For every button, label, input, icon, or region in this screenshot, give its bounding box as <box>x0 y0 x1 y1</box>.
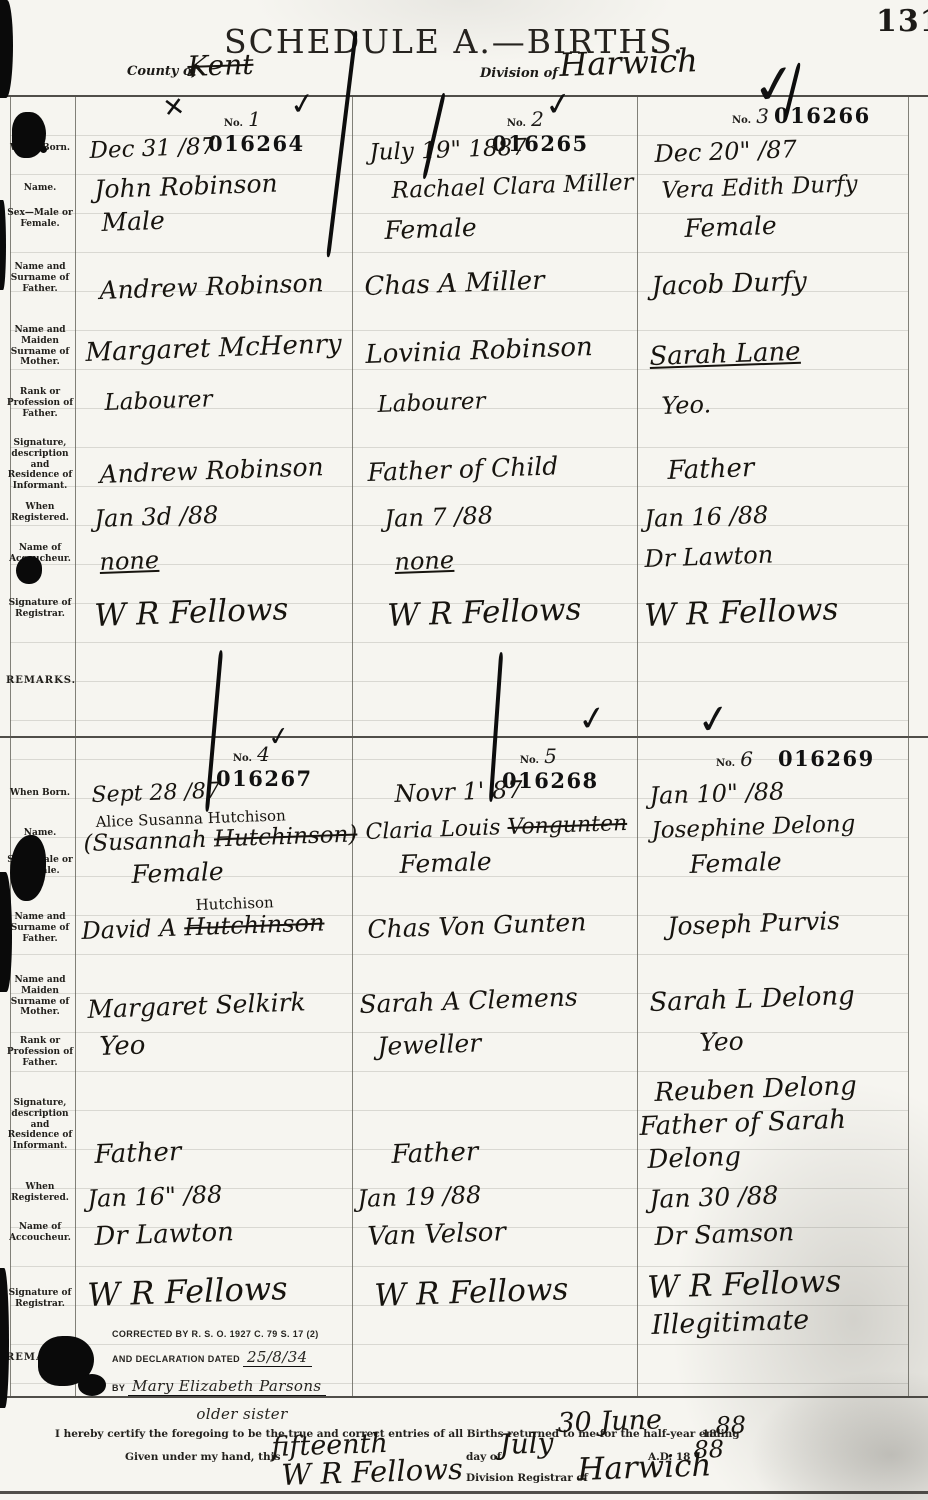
checkmark-icon: ✓ <box>288 88 317 121</box>
cell-registered: Jan 3d /88 <box>94 501 219 533</box>
cross-mark-icon: ✕ <box>161 94 186 123</box>
row-label: Rank or Profession of Father. <box>6 387 74 419</box>
cell-name: John Robinson <box>94 169 278 204</box>
no-label: No. <box>507 118 526 129</box>
cell-father: Andrew Robinson <box>99 268 324 305</box>
stamp-line3: BY Mary Elizabeth Parsons <box>112 1372 372 1401</box>
name-struck: Hutchinson) <box>214 821 358 852</box>
month-value: July <box>499 1426 554 1461</box>
cell-sex: Male <box>101 206 165 237</box>
cell-rank: Yeo. <box>661 390 712 420</box>
checkmark-icon: ✓ <box>266 723 291 752</box>
cell-informant: Father of Child <box>367 451 559 487</box>
section-divider <box>0 736 928 738</box>
record-number-stamp: 016269 <box>778 746 875 771</box>
cell-father: David A Hutchinson <box>81 909 325 945</box>
division-label: Division of <box>480 66 558 81</box>
correction-stamp: CORRECTED BY R. S. O. 1927 C. 79 S. 17 (… <box>112 1326 372 1429</box>
no-label: No. <box>224 118 243 129</box>
cell-mother: Sarah Lane <box>649 337 801 372</box>
cell-rank: Labourer <box>377 388 486 418</box>
torn-edge-mark <box>0 0 13 98</box>
grid-vline <box>637 97 638 1396</box>
stamp-declaration-label: AND DECLARATION DATED <box>112 1354 240 1364</box>
checkmark-icon: ✓ <box>576 700 609 738</box>
row-label: Sex—Male or Female. <box>6 208 74 230</box>
row-label: Signature, description and Residence of … <box>6 1098 74 1152</box>
cell-rank: Yeo <box>699 1026 744 1057</box>
cell-registered: Jan 16" /88 <box>87 1180 223 1213</box>
cell-mother: Lovinia Robinson <box>365 332 593 370</box>
record-header: No. 6 016269 <box>716 746 875 771</box>
stamp-declarant: Mary Elizabeth Parsons <box>128 1377 325 1396</box>
cell-informant-line: Delong <box>647 1142 742 1175</box>
row-label: REMARKS. <box>6 675 74 687</box>
ink-blot <box>10 835 46 901</box>
ink-blot <box>78 1374 106 1396</box>
ink-blot <box>40 146 47 153</box>
grid-vline <box>75 97 76 1396</box>
cell-registered: Jan 19 /88 <box>357 1181 482 1213</box>
footer-bottom-border <box>0 1491 928 1494</box>
cell-name: Rachael Clara Miller <box>391 170 634 204</box>
record-no-script: 5 <box>544 744 557 768</box>
row-label: Signature of Registrar. <box>6 598 74 620</box>
row-label: When Registered. <box>6 502 74 524</box>
cell-registrar: W R Fellows <box>647 1263 842 1306</box>
record-number-stamp: 016264 <box>208 131 305 156</box>
scanned-birth-register-page: 131 SCHEDULE A.—BIRTHS. County of Kent D… <box>0 0 928 1500</box>
registrar-signature: W R Fellows <box>281 1452 464 1492</box>
name-prefix: Claria Louis <box>365 815 508 845</box>
name-prefix: (Susannah <box>83 826 214 857</box>
stamp-line4: older sister <box>112 1400 372 1429</box>
cell-rank: Yeo <box>99 1030 146 1062</box>
stamp-relation: older sister <box>192 1405 291 1423</box>
cell-when-born: Dec 20" /87 <box>654 135 797 168</box>
row-label: Name. <box>6 183 74 194</box>
grid-vline <box>352 97 353 1396</box>
record-no-script: 6 <box>740 747 753 771</box>
division-value: Harwich <box>559 41 699 84</box>
cell-when-born: July 19" 1887 <box>369 135 527 166</box>
grid-vline <box>908 97 909 1396</box>
given-text: Given under my hand, this <box>125 1451 280 1463</box>
row-label: Name and Surname of Father. <box>6 912 74 944</box>
cell-when-born: Dec 31 /87 <box>89 134 216 164</box>
cell-registrar: W R Fellows <box>387 591 582 634</box>
row-label: Rank or Profession of Father. <box>6 1036 74 1068</box>
division-registrar-label: Division Registrar of <box>466 1472 588 1484</box>
cell-registered: Jan 30 /88 <box>649 1181 779 1214</box>
cell-registered: Jan 16 /88 <box>644 501 769 533</box>
row-label: Name. <box>6 828 74 839</box>
row-label: When Registered. <box>6 1182 74 1204</box>
cell-registrar: W R Fellows <box>87 1269 288 1314</box>
name-struck: Vongunten <box>507 811 628 840</box>
ink-blot <box>16 556 42 584</box>
cell-registrar: W R Fellows <box>374 1271 569 1314</box>
division-value-footer: Harwich <box>577 1447 712 1488</box>
cell-accoucheur: Van Velsor <box>367 1217 506 1252</box>
record-no-script: 4 <box>257 742 270 766</box>
day-of-label: day of <box>466 1451 501 1463</box>
no-label: No. <box>233 753 252 764</box>
no-label: No. <box>732 115 751 126</box>
ending-date-value: 30 June <box>557 1404 663 1439</box>
cell-when-born: Sept 28 /87 <box>91 779 220 808</box>
cell-name: Claria Louis Vongunten <box>365 811 627 845</box>
cell-remark: Illegitimate <box>651 1305 810 1341</box>
record-header: No. 3 016266 <box>732 103 871 128</box>
cell-sex: Female <box>689 847 782 879</box>
checkmark-icon: ✓ <box>694 698 733 742</box>
torn-edge-mark <box>0 200 6 290</box>
stamp-by-label: BY <box>112 1383 125 1393</box>
record-number-stamp: 016267 <box>216 766 313 791</box>
cell-registrar: W R Fellows <box>644 591 839 634</box>
row-label: Signature, description and Residence of … <box>6 438 74 492</box>
cell-sex: Female <box>384 213 477 245</box>
no-label: No. <box>716 758 735 769</box>
stamp-line2: AND DECLARATION DATED 25/8/34 <box>112 1343 372 1372</box>
row-label: Signature of Registrar. <box>6 1288 74 1310</box>
cell-informant-line: Reuben Delong <box>654 1071 857 1108</box>
pen-slash-icon <box>326 31 358 258</box>
cell-father: Jacob Durfy <box>651 267 807 302</box>
record-no-script: 2 <box>531 107 544 131</box>
cell-name: Josephine Delong <box>651 811 856 844</box>
cell-name: Vera Edith Durfy <box>661 171 858 204</box>
cell-informant: Father <box>94 1137 182 1170</box>
cell-accoucheur: Dr Lawton <box>94 1217 234 1252</box>
cell-father: Chas Von Gunten <box>367 907 587 944</box>
stamp-line1: CORRECTED BY R. S. O. 1927 C. 79 S. 17 (… <box>112 1326 372 1343</box>
cell-sex: Female <box>131 857 224 889</box>
row-label: Name of Accoucheur. <box>6 1222 74 1244</box>
cell-informant: Father <box>391 1137 479 1170</box>
cell-sex: Female <box>684 211 777 243</box>
cell-mother: Margaret McHenry <box>85 329 342 368</box>
cell-registered: Jan 7 /88 <box>384 501 493 533</box>
cell-father: Chas A Miller <box>364 266 545 302</box>
cell-informant-line: Father of Sarah <box>639 1105 846 1142</box>
record-no-script: 1 <box>248 107 261 131</box>
pen-slash-icon <box>422 93 446 180</box>
row-label: Name and Maiden Surname of Mother. <box>6 975 74 1018</box>
father-prefix: David A <box>81 913 185 945</box>
county-value: Kent <box>187 48 254 83</box>
cell-rank: Labourer <box>104 386 213 416</box>
cell-when-born: Novr 1' 87 <box>394 776 523 808</box>
cell-rank: Jeweller <box>377 1028 482 1061</box>
stamp-date: 25/8/34 <box>243 1348 312 1367</box>
row-label: Name and Maiden Surname of Mother. <box>6 325 74 368</box>
row-label: When Born. <box>6 788 74 799</box>
cell-accoucheur: Dr Samson <box>654 1217 795 1251</box>
cell-informant: Father <box>667 453 755 486</box>
cell-mother: Sarah L Delong <box>649 981 855 1018</box>
cell-accoucheur: none <box>394 546 455 576</box>
checkmark-icon: ✓ <box>543 86 574 121</box>
cell-sex: Female <box>399 847 492 879</box>
row-label: Name and Surname of Father. <box>6 262 74 294</box>
cell-when-born: Jan 10" /88 <box>649 777 785 810</box>
cell-father: Joseph Purvis <box>667 906 840 941</box>
cell-mother: Margaret Selkirk <box>87 987 306 1024</box>
cell-registrar: W R Fellows <box>94 591 289 634</box>
no-label: No. <box>520 755 539 766</box>
page-number: 131 <box>876 4 928 39</box>
cell-mother: Sarah A Clemens <box>359 982 578 1019</box>
cell-informant: Andrew Robinson <box>99 452 324 489</box>
cell-accoucheur: Dr Lawton <box>644 541 774 573</box>
father-struck: Hutchinson <box>184 909 325 942</box>
cell-accoucheur: none <box>99 546 160 576</box>
